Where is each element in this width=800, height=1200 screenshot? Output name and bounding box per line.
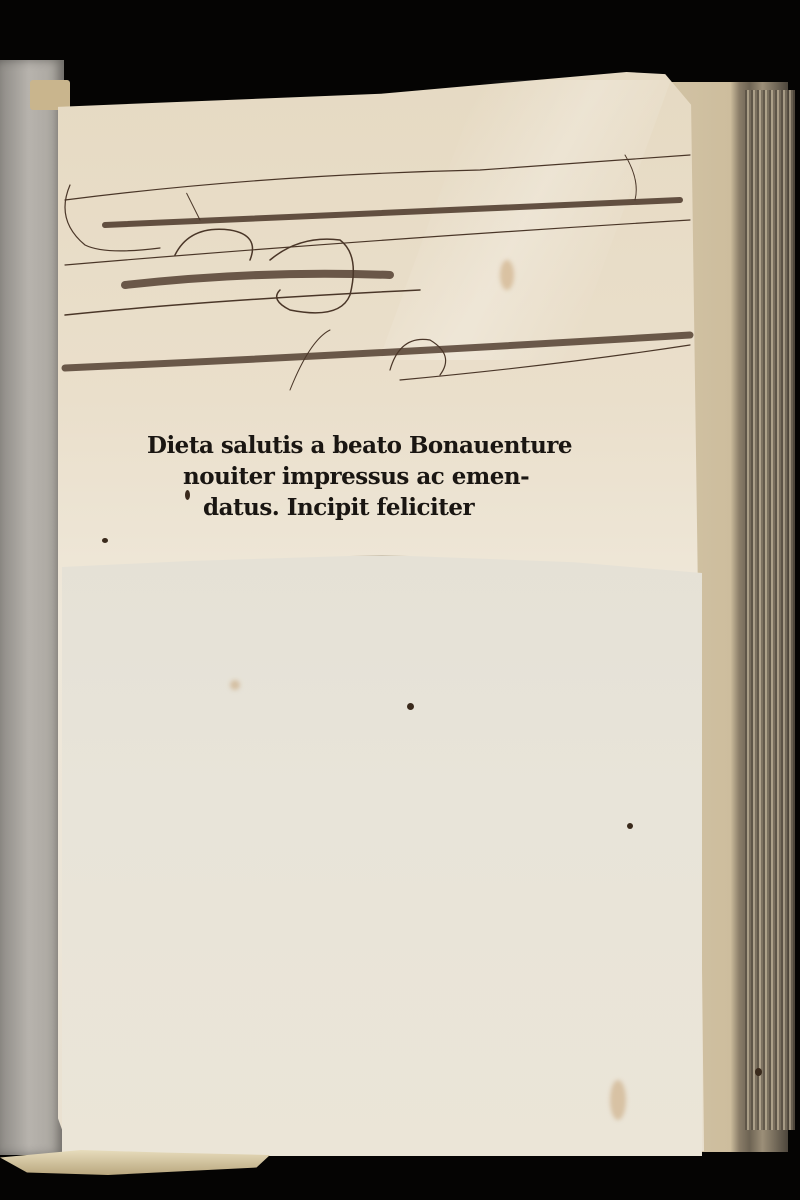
wormhole [755, 1068, 762, 1076]
foxing-stain [610, 1080, 626, 1120]
foxing-stain [500, 260, 514, 290]
ink-spot [102, 538, 108, 543]
wormhole [407, 703, 414, 710]
title-line-1: Dieta salutis a beato Bonauenture [147, 430, 587, 461]
printed-title: Dieta salutis a beato Bonauenture nouite… [147, 430, 587, 523]
page-edges [745, 90, 795, 1130]
title-line-3: datus. Incipit feliciter [147, 492, 587, 523]
ink-spot [185, 490, 190, 500]
binding-tab [30, 80, 70, 110]
paper-repair [62, 555, 702, 1156]
foxing-stain [230, 680, 240, 690]
photo-scene: Dieta salutis a beato Bonauenture nouite… [0, 0, 800, 1200]
wormhole [627, 823, 633, 829]
struck-manuscript-inscription [60, 140, 700, 400]
left-facing-page [0, 60, 64, 1155]
title-line-2: nouiter impressus ac emen- [147, 461, 587, 492]
